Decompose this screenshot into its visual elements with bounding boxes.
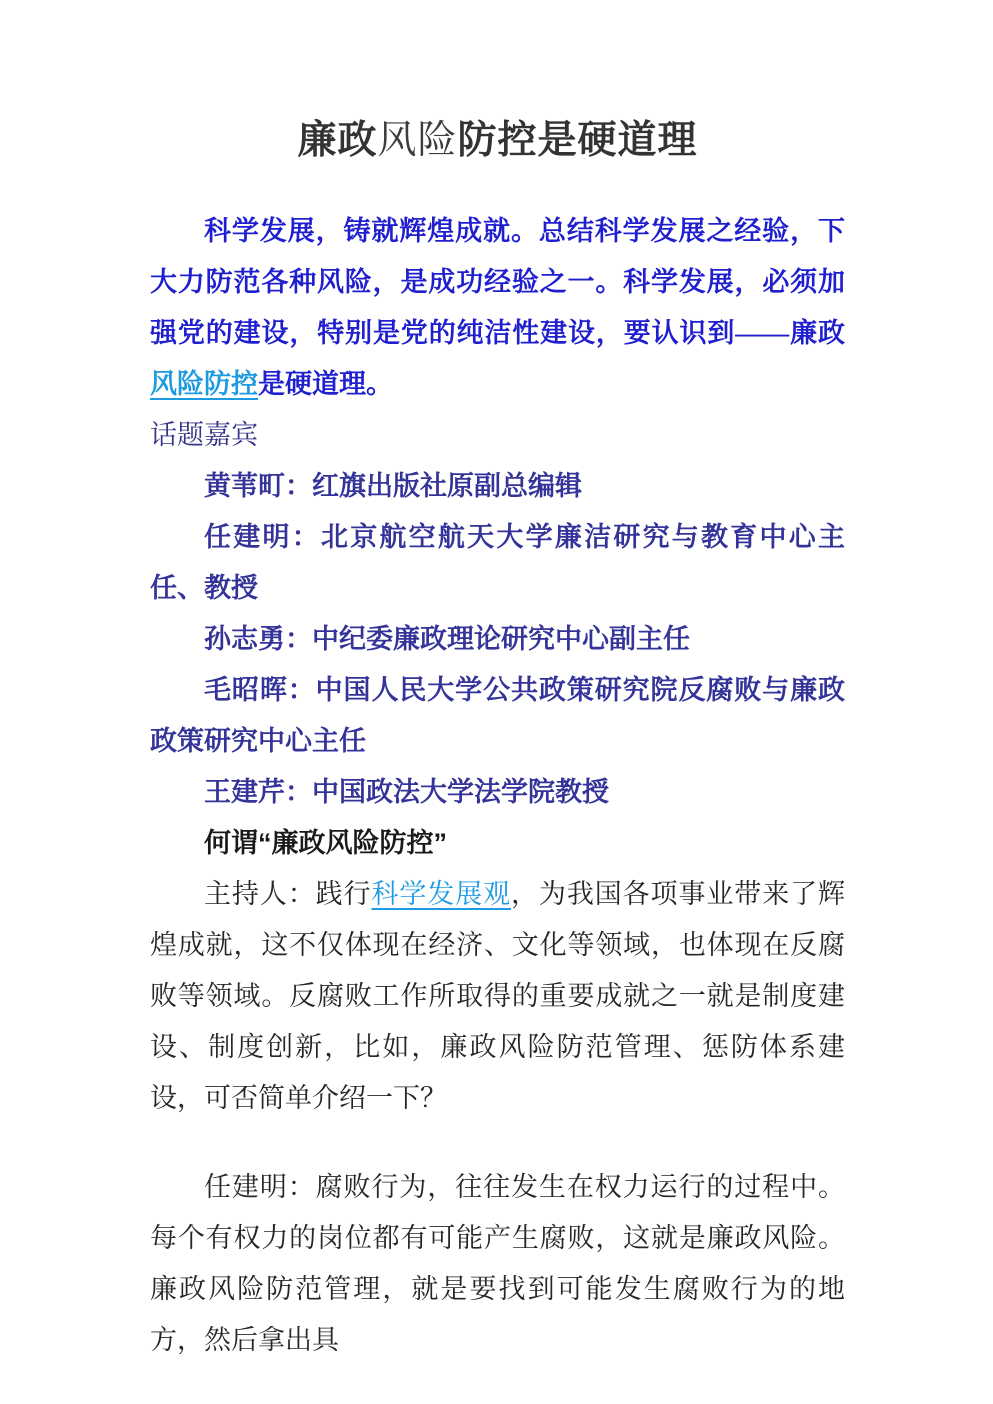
guest-item-maozhaohui: 毛昭晖：中国人民大学公共政策研究院反腐败与廉政政策研究中心主任 <box>150 665 845 767</box>
section-heading: 何谓“廉政风险防控” <box>150 818 845 869</box>
text-segment: 廉政 <box>297 119 377 162</box>
host-paragraph: 主持人：践行科学发展观，为我国各项事业带来了辉煌成就，这不仅体现在经济、文化等领… <box>150 869 845 1124</box>
document-page: 廉政风险防控是硬道理 科学发展，铸就辉煌成就。总结科学发展之经验，下大力防范各种… <box>0 0 993 1404</box>
text-segment: 风险 <box>377 119 457 162</box>
text-segment: 是硬道理。 <box>258 369 393 399</box>
text-segment: 主持人：践行 <box>204 879 371 909</box>
intro-paragraph: 科学发展，铸就辉煌成就。总结科学发展之经验，下大力防范各种风险，是成功经验之一。… <box>150 206 845 410</box>
text-segment: ，为我国各项事业带来了辉煌成就，这不仅体现在经济、文化等领域，也体现在反腐败等领… <box>150 879 845 1113</box>
hyperlink[interactable]: 风险防控 <box>150 369 258 399</box>
hyperlink[interactable]: 科学发展观 <box>371 879 511 909</box>
guest-item-sunzhiyong: 孙志勇：中纪委廉政理论研究中心副主任 <box>150 614 845 665</box>
text-segment: 防控是硬道理 <box>458 119 698 162</box>
document-title: 廉政风险防控是硬道理 <box>150 112 845 170</box>
guest-item-huangweiting: 黄苇町：红旗出版社原副总编辑 <box>150 461 845 512</box>
guest-item-renjianming: 任建明：北京航空航天大学廉洁研究与教育中心主任、教授 <box>150 512 845 614</box>
guest-section-label: 话题嘉宾 <box>150 410 845 461</box>
text-segment: 科学发展，铸就辉煌成就。总结科学发展之经验，下大力防范各种风险，是成功经验之一。… <box>150 216 845 348</box>
guest-item-wangjianqin: 王建芹：中国政法大学法学院教授 <box>150 767 845 818</box>
blank-line <box>150 1124 845 1162</box>
answer-paragraph: 任建明：腐败行为，往往发生在权力运行的过程中。每个有权力的岗位都有可能产生腐败，… <box>150 1162 845 1366</box>
